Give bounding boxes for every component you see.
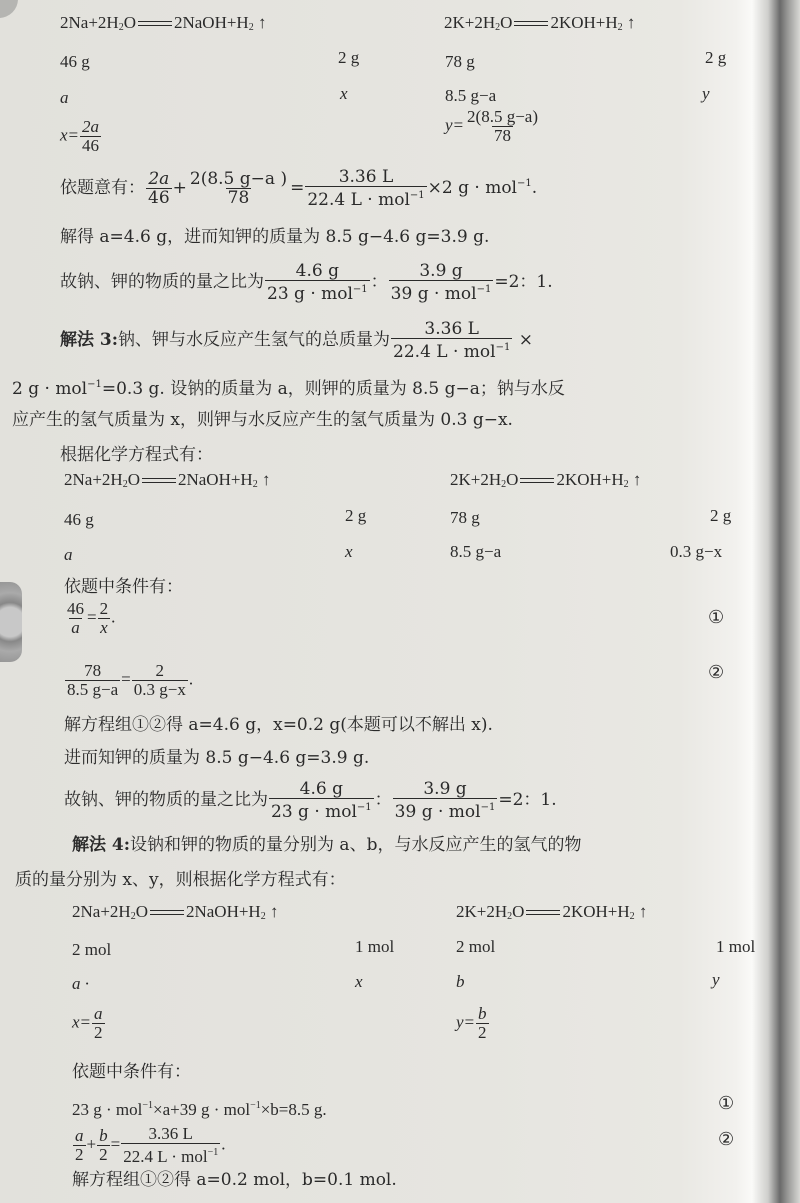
na-row2-left: a · <box>72 974 89 994</box>
method4-eq1: 23 g · mol−1×a+39 g · mol−1×b=8.5 g. <box>72 1096 327 1120</box>
method4-solve: 解方程组①②得 a=0.2 mol，b=0.1 mol. <box>72 1170 397 1190</box>
k-row1-left: 78 g <box>445 52 475 72</box>
condition-equation: 依题意有：2a46+2(8.5 g−a )78=3.36 L22.4 L · m… <box>60 168 537 209</box>
na-row1-left: 46 g <box>60 52 90 72</box>
k-row1-right: 2 g <box>710 506 731 526</box>
na-row1-right: 2 g <box>338 48 359 68</box>
na-row1-left: 46 g <box>64 510 94 530</box>
equation-marker-2: ② <box>708 663 724 683</box>
na-row1-right: 2 g <box>345 506 366 526</box>
method3-k-mass: 进而知钾的质量为 8.5 g−4.6 g=3.9 g. <box>64 748 369 768</box>
method3-heading: 解法 3:钠、钾与水反应产生氢气的总质量为3.36 L22.4 L · mol−… <box>60 320 533 361</box>
up-arrow-icon: ↑ <box>627 13 636 32</box>
method3-solve: 解方程组①②得 a=4.6 g，x=0.2 g(本题可以不解出 x). <box>64 715 493 735</box>
method4-cond-intro: 依题中条件有： <box>72 1062 191 1082</box>
equation-sodium: 2Na+2H2O2NaOH+H2 ↑ <box>60 13 266 38</box>
equation-potassium-3: 2K+2H2O2KOH+H2 ↑ <box>450 470 641 495</box>
up-arrow-icon: ↑ <box>270 902 279 921</box>
y-expression: y=2(8.5 g−a)78 <box>445 108 541 145</box>
method4-heading: 解法 4:设钠和钾的物质的量分别为 a、b，与水反应产生的氢气的物 <box>72 835 581 855</box>
up-arrow-icon: ↑ <box>633 470 642 489</box>
na-row1-left: 2 mol <box>72 940 111 960</box>
method3-eq1: 46a=2x. <box>64 600 115 637</box>
k-row2-right: 0.3 g−x <box>670 542 722 562</box>
na-row2-right: x <box>345 542 353 562</box>
k-row2-left: 8.5 g−a <box>450 542 501 562</box>
na-row2-left: a <box>64 545 73 565</box>
up-arrow-icon: ↑ <box>639 902 648 921</box>
method4-para2: 质的量分别为 x、y，则根据化学方程式有： <box>15 870 346 890</box>
k-row1-left: 2 mol <box>456 937 495 957</box>
k-row1-left: 78 g <box>450 508 480 528</box>
textbook-page: 2Na+2H2O2NaOH+H2 ↑ 2K+2H2O2KOH+H2 ↑ 46 g… <box>0 0 800 1203</box>
k-row1-right: 1 mol <box>716 937 755 957</box>
method3-eq2: 788.5 g−a=20.3 g−x. <box>64 662 193 699</box>
equation-sodium-3: 2Na+2H2O2NaOH+H2 ↑ <box>64 470 270 495</box>
method3-ratio: 故钠、钾的物质的量之比为4.6 g23 g · mol−1：3.9 g39 g … <box>64 780 557 821</box>
equation-potassium-4: 2K+2H2O2KOH+H2 ↑ <box>456 902 647 927</box>
equation-potassium: 2K+2H2O2KOH+H2 ↑ <box>444 13 635 38</box>
method3-intro: 根据化学方程式有： <box>60 445 213 465</box>
page-side-tab <box>0 582 22 662</box>
y-expression-4: y=b2 <box>456 1005 490 1042</box>
k-row2-left: b <box>456 972 465 992</box>
equation-sodium-4: 2Na+2H2O2NaOH+H2 ↑ <box>72 902 278 927</box>
x-expression: x=2a46 <box>60 118 102 155</box>
equation-marker-1: ① <box>718 1094 734 1114</box>
method3-para3: 应产生的氢气质量为 x，则钾与水反应产生的氢气质量为 0.3 g−x. <box>12 410 513 430</box>
up-arrow-icon: ↑ <box>262 470 271 489</box>
k-row2-right: y <box>702 84 710 104</box>
up-arrow-icon: ↑ <box>258 13 267 32</box>
page-corner-mark <box>0 0 18 18</box>
na-row2-right: x <box>340 84 348 104</box>
ratio-line: 故钠、钾的物质的量之比为4.6 g23 g · mol−1：3.9 g39 g … <box>60 262 553 303</box>
method3-para2: 2 g · mol−1=0.3 g. 设钠的质量为 a，则钾的质量为 8.5 g… <box>12 375 565 399</box>
solve-result: 解得 a=4.6 g，进而知钾的质量为 8.5 g−4.6 g=3.9 g. <box>60 227 489 247</box>
x-expression-4: x=a2 <box>72 1005 106 1042</box>
k-row2-left: 8.5 g−a <box>445 86 496 106</box>
equation-marker-2: ② <box>718 1130 734 1150</box>
k-row1-right: 2 g <box>705 48 726 68</box>
k-row2-right: y <box>712 970 720 990</box>
na-row1-right: 1 mol <box>355 937 394 957</box>
equation-marker-1: ① <box>708 608 724 628</box>
method3-cond-intro: 依题中条件有： <box>64 577 183 597</box>
na-row2-right: x <box>355 972 363 992</box>
method4-eq2: a2+b2=3.36 L22.4 L · mol−1. <box>72 1125 225 1166</box>
na-row2-left: a <box>60 88 69 108</box>
